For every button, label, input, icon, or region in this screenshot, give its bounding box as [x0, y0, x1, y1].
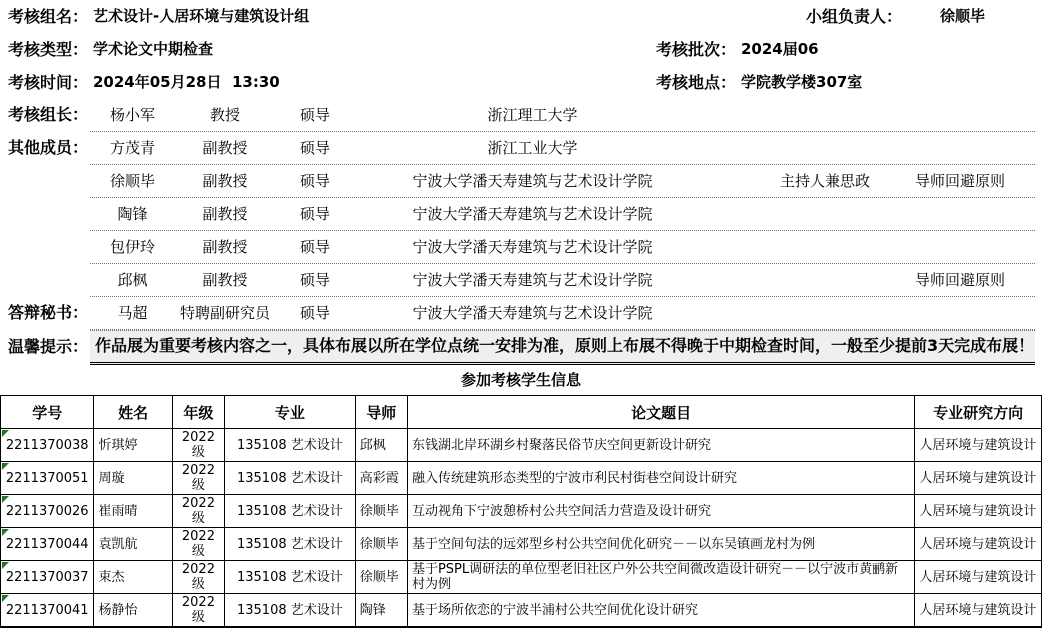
batch-label: 考核批次： [656, 33, 736, 66]
cell-advisor: 邱枫 [355, 429, 407, 462]
member-mentor-type: 硕导 [280, 198, 350, 230]
table-row: 2211370041 杨静怡 2022级 135108 艺术设计 陶锋 基于场所… [1, 594, 1042, 628]
type-value: 学术论文中期检查 [93, 33, 213, 66]
cell-advisor: 高彩霞 [355, 462, 407, 495]
excel-flag-icon [2, 463, 9, 470]
table-row: 2211370044 袁凯航 2022级 135108 艺术设计 徐顺毕 基于空… [1, 528, 1042, 561]
member-row: 徐顺毕 副教授 硕导 宁波大学潘天寿建筑与艺术设计学院 主持人兼思政 导师回避原… [0, 165, 1042, 198]
member-title: 教授 [175, 99, 275, 131]
member-role-label: 答辩秘书： [8, 297, 88, 329]
cell-name: 崔雨晴 [94, 495, 172, 528]
cell-advisor: 徐顺毕 [355, 561, 407, 594]
cell-student-id: 2211370051 [1, 462, 94, 495]
cell-direction: 人居环境与建筑设计 [915, 528, 1042, 561]
member-row: 邱枫 副教授 硕导 宁波大学潘天寿建筑与艺术设计学院 导师回避原则 [0, 264, 1042, 297]
column-header-student-id: 学号 [1, 396, 94, 429]
column-header-direction: 专业研究方向 [915, 396, 1042, 429]
member-mentor-type: 硕导 [280, 132, 350, 164]
member-title: 副教授 [175, 165, 275, 197]
group-name-value: 艺术设计-人居环境与建筑设计组 [93, 0, 309, 33]
member-row: 考核组长： 杨小军 教授 硕导 浙江理工大学 [0, 99, 1042, 132]
member-row: 包伊玲 副教授 硕导 宁波大学潘天寿建筑与艺术设计学院 [0, 231, 1042, 264]
member-name: 包伊玲 [90, 231, 175, 263]
cell-grade: 2022级 [172, 594, 224, 628]
leader-value: 徐顺毕 [940, 0, 985, 33]
cell-thesis: 东钱湖北岸环湖乡村聚落民俗节庆空间更新设计研究 [407, 429, 914, 462]
time-value: 2024年05月28日 13:30 [93, 66, 280, 99]
member-affiliation: 宁波大学潘天寿建筑与艺术设计学院 [350, 264, 715, 296]
cell-major: 135108 艺术设计 [225, 561, 356, 594]
cell-thesis: 互动视角下宁波憩桥村公共空间活力营造及设计研究 [407, 495, 914, 528]
batch-value: 2024届06 [741, 33, 819, 66]
member-title: 副教授 [175, 231, 275, 263]
member-affiliation: 宁波大学潘天寿建筑与艺术设计学院 [350, 165, 715, 197]
cell-major: 135108 艺术设计 [225, 495, 356, 528]
cell-direction: 人居环境与建筑设计 [915, 561, 1042, 594]
notice-label: 温馨提示： [8, 330, 88, 363]
cell-student-id: 2211370044 [1, 528, 94, 561]
cell-grade: 2022级 [172, 528, 224, 561]
cell-student-id: 2211370037 [1, 561, 94, 594]
cell-name: 周璇 [94, 462, 172, 495]
member-title: 副教授 [175, 264, 275, 296]
cell-major: 135108 艺术设计 [225, 429, 356, 462]
cell-grade: 2022级 [172, 561, 224, 594]
cell-major: 135108 艺术设计 [225, 462, 356, 495]
assessment-sheet: 考核组名： 艺术设计-人居环境与建筑设计组 小组负责人： 徐顺毕 考核类型： 学… [0, 0, 1042, 628]
cell-direction: 人居环境与建筑设计 [915, 462, 1042, 495]
excel-flag-icon [2, 595, 9, 602]
member-mentor-type: 硕导 [280, 231, 350, 263]
member-affiliation: 浙江理工大学 [350, 99, 715, 131]
member-row: 其他成员： 方茂青 副教授 硕导 浙江工业大学 [0, 132, 1042, 165]
cell-student-id: 2211370026 [1, 495, 94, 528]
table-row: 2211370038 忻琪婷 2022级 135108 艺术设计 邱枫 东钱湖北… [1, 429, 1042, 462]
column-header-major: 专业 [225, 396, 356, 429]
cell-name: 束杰 [94, 561, 172, 594]
member-row: 陶锋 副教授 硕导 宁波大学潘天寿建筑与艺术设计学院 [0, 198, 1042, 231]
cell-student-id: 2211370038 [1, 429, 94, 462]
member-title: 副教授 [175, 132, 275, 164]
column-header-advisor: 导师 [355, 396, 407, 429]
cell-name: 袁凯航 [94, 528, 172, 561]
notice-row: 温馨提示： 作品展为重要考核内容之一，具体布展以所在学位点统一安排为准，原则上布… [0, 330, 1042, 365]
cell-thesis: 基于场所依恋的宁波半浦村公共空间优化设计研究 [407, 594, 914, 628]
students-table-title: 参加考核学生信息 [0, 365, 1042, 395]
time-label: 考核时间： [8, 66, 88, 99]
table-row: 2211370051 周璇 2022级 135108 艺术设计 高彩霞 融入传统… [1, 462, 1042, 495]
column-header-grade: 年级 [172, 396, 224, 429]
member-role-label: 其他成员： [8, 132, 88, 164]
cell-name: 杨静怡 [94, 594, 172, 628]
cell-thesis: 基于空间句法的远郊型乡村公共空间优化研究－－以东吴镇画龙村为例 [407, 528, 914, 561]
location-value: 学院教学楼307室 [741, 66, 862, 99]
cell-major: 135108 艺术设计 [225, 528, 356, 561]
group-name-label: 考核组名： [8, 0, 88, 33]
member-name: 邱枫 [90, 264, 175, 296]
member-name: 方茂青 [90, 132, 175, 164]
member-affiliation: 宁波大学潘天寿建筑与艺术设计学院 [350, 231, 715, 263]
member-row: 答辩秘书： 马超 特聘副研究员 硕导 宁波大学潘天寿建筑与艺术设计学院 [0, 297, 1042, 330]
cell-major: 135108 艺术设计 [225, 594, 356, 628]
cell-direction: 人居环境与建筑设计 [915, 429, 1042, 462]
member-name: 马超 [90, 297, 175, 329]
excel-flag-icon [2, 496, 9, 503]
cell-advisor: 陶锋 [355, 594, 407, 628]
cell-advisor: 徐顺毕 [355, 528, 407, 561]
type-label: 考核类型： [8, 33, 88, 66]
table-row: 2211370026 崔雨晴 2022级 135108 艺术设计 徐顺毕 互动视… [1, 495, 1042, 528]
info-row-time: 考核时间： 2024年05月28日 13:30 考核地点： 学院教学楼307室 [0, 66, 1042, 99]
column-header-name: 姓名 [94, 396, 172, 429]
cell-direction: 人居环境与建筑设计 [915, 495, 1042, 528]
students-table: 学号 姓名 年级 专业 导师 论文题目 专业研究方向 2211370038 忻琪… [0, 395, 1042, 628]
member-affiliation: 宁波大学潘天寿建筑与艺术设计学院 [350, 198, 715, 230]
cell-name: 忻琪婷 [94, 429, 172, 462]
cell-thesis: 基于PSPL调研法的单位型老旧社区户外公共空间微改造设计研究－－以宁波市黄鹂新村… [407, 561, 914, 594]
member-name: 杨小军 [90, 99, 175, 131]
leader-label: 小组负责人： [806, 0, 902, 33]
table-header-row: 学号 姓名 年级 专业 导师 论文题目 专业研究方向 [1, 396, 1042, 429]
cell-grade: 2022级 [172, 429, 224, 462]
table-row: 2211370037 束杰 2022级 135108 艺术设计 徐顺毕 基于PS… [1, 561, 1042, 594]
member-affiliation: 浙江工业大学 [350, 132, 715, 164]
cell-student-id: 2211370041 [1, 594, 94, 628]
cell-grade: 2022级 [172, 495, 224, 528]
notice-text: 作品展为重要考核内容之一，具体布展以所在学位点统一安排为准，原则上布展不得晚于中… [90, 330, 1035, 365]
info-row-type: 考核类型： 学术论文中期检查 考核批次： 2024届06 [0, 33, 1042, 66]
member-mentor-type: 硕导 [280, 99, 350, 131]
excel-flag-icon [2, 562, 9, 569]
member-title: 副教授 [175, 198, 275, 230]
location-label: 考核地点： [656, 66, 736, 99]
cell-advisor: 徐顺毕 [355, 495, 407, 528]
member-mentor-type: 硕导 [280, 297, 350, 329]
member-note: 导师回避原则 [880, 165, 1040, 197]
info-row-group: 考核组名： 艺术设计-人居环境与建筑设计组 小组负责人： 徐顺毕 [0, 0, 1042, 33]
member-mentor-type: 硕导 [280, 264, 350, 296]
member-title: 特聘副研究员 [175, 297, 275, 329]
member-name: 徐顺毕 [90, 165, 175, 197]
excel-flag-icon [2, 529, 9, 536]
member-role-label: 考核组长： [8, 99, 88, 131]
member-name: 陶锋 [90, 198, 175, 230]
column-header-thesis: 论文题目 [407, 396, 914, 429]
member-affiliation: 宁波大学潘天寿建筑与艺术设计学院 [350, 297, 715, 329]
cell-direction: 人居环境与建筑设计 [915, 594, 1042, 628]
cell-thesis: 融入传统建筑形态类型的宁波市利民村街巷空间设计研究 [407, 462, 914, 495]
member-note: 导师回避原则 [880, 264, 1040, 296]
excel-flag-icon [2, 430, 9, 437]
member-mentor-type: 硕导 [280, 165, 350, 197]
cell-grade: 2022级 [172, 462, 224, 495]
